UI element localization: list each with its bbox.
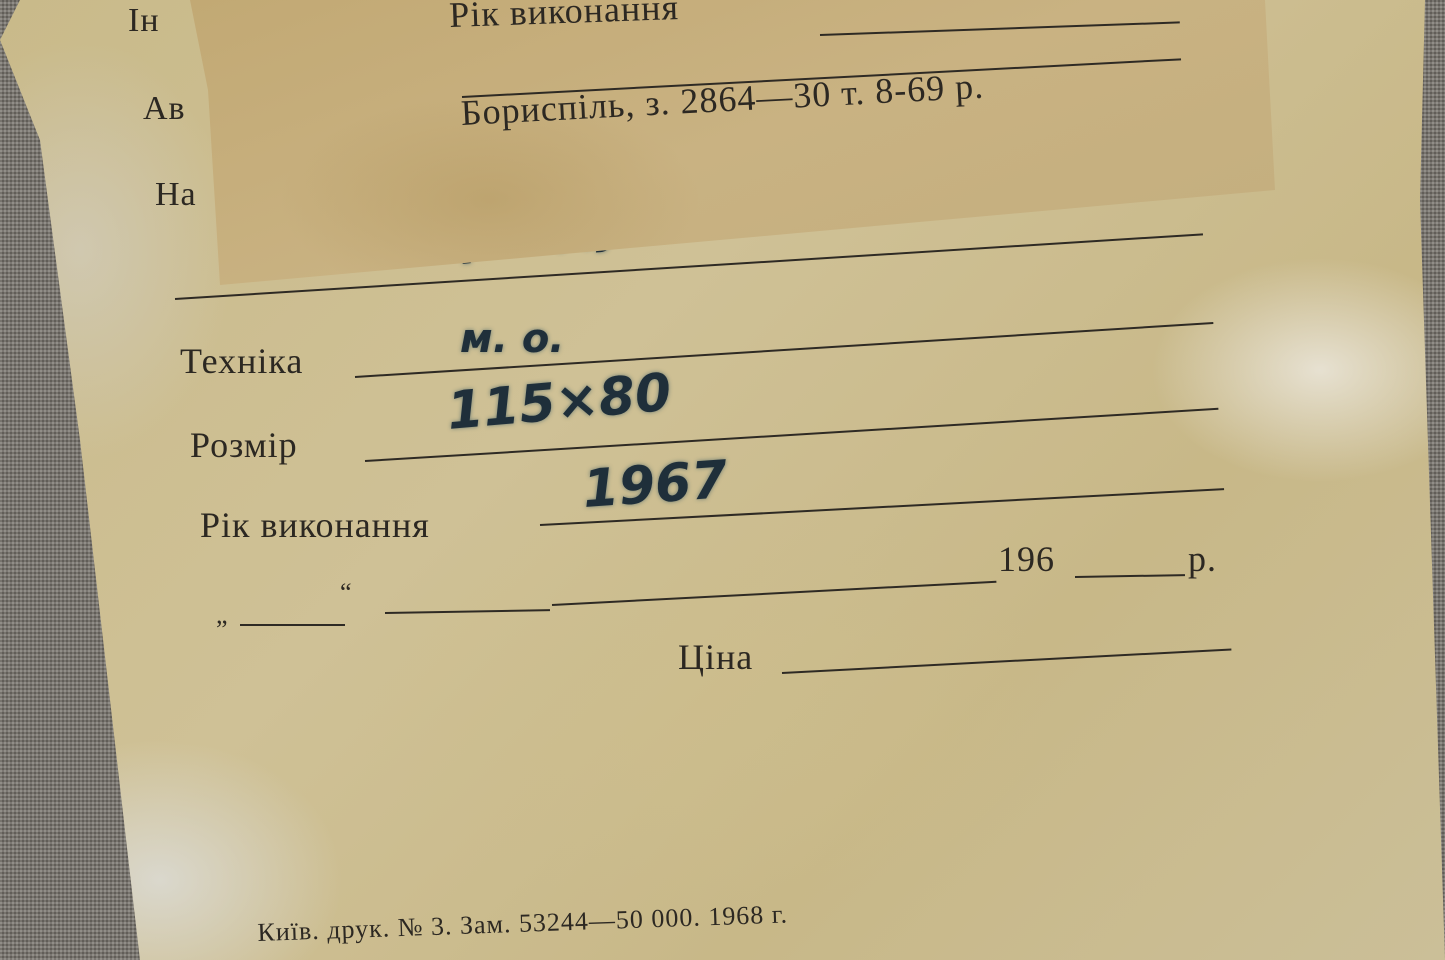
year-label: Рік виконання [200, 504, 430, 546]
date-open-quote: „ [216, 600, 229, 630]
technique-value: м. о. [460, 316, 565, 362]
year-value: 1967 [581, 450, 730, 520]
date-year-suffix: р. [1188, 538, 1217, 580]
author-label-partial: Ав [143, 90, 186, 128]
title-label-partial: На [155, 176, 197, 214]
inventory-label-partial: Ін [128, 2, 160, 40]
size-label: Розмір [190, 424, 298, 466]
date-close-quote: “ [340, 578, 353, 608]
date-year-prefix: 196 [998, 538, 1055, 580]
technique-label: Техніка [180, 340, 303, 382]
date-day-rule [240, 624, 345, 626]
price-label: Ціна [678, 636, 753, 678]
